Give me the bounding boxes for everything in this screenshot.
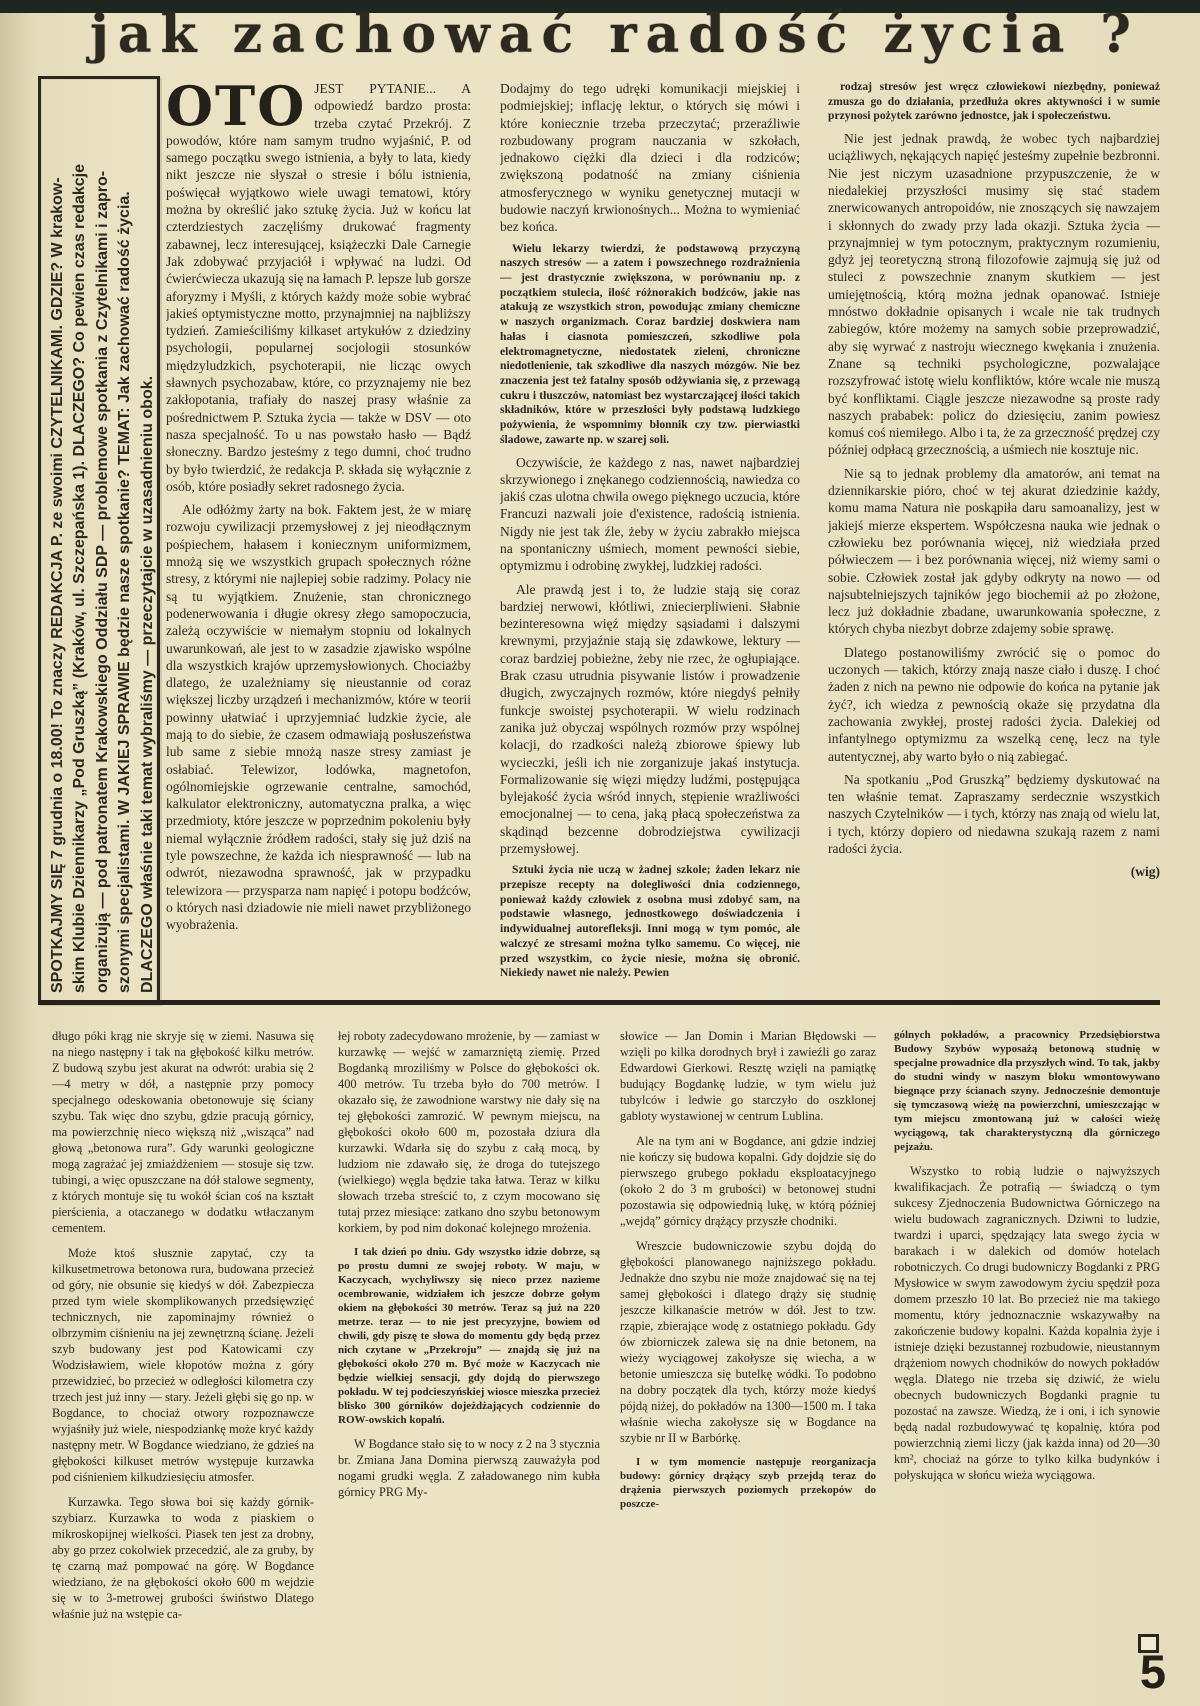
paragraph: OTOJEST PYTANIE... A odpowiedź bardzo pr… <box>166 80 471 495</box>
announcement-line: szonymi specjalistami. W JAKIEJ SPRAWIE … <box>114 81 136 993</box>
page-number: 5 <box>1108 1648 1166 1695</box>
mine-article-column-4: gólnych pokładów, a pracownicy Przedsięb… <box>894 1028 1160 1676</box>
paragraph-small-bold: Wielu lekarzy twierdzi, że podstawową pr… <box>500 242 800 448</box>
announcement-line: DLACZEGO właśnie taki temat wybraliśmy —… <box>137 81 159 993</box>
paragraph: Dodajmy do tego udręki komunikacji miejs… <box>500 80 800 236</box>
paragraph-small: gólnych pokładów, a pracownicy Przedsięb… <box>894 1028 1160 1154</box>
joy-article-column-2: Dodajmy do tego udręki komunikacji miejs… <box>500 80 800 1004</box>
paragraph: Nie jest jednak prawdą, że wobec tych na… <box>828 130 1160 459</box>
announcement-line: SPOTKAJMY SIĘ 7 grudnia o 18.00! To znac… <box>47 81 69 993</box>
paragraph: Wreszcie budowniczowie szybu dojdą do gł… <box>620 1238 876 1446</box>
paragraph-text: JEST PYTANIE... A odpowiedź bardzo prost… <box>166 81 471 494</box>
paragraph-small-bold: Sztuki życia nie uczą w żadnej szkole; ż… <box>500 863 800 981</box>
paragraph: Może ktoś słusznie zapytać, czy ta kilku… <box>52 1245 314 1485</box>
paragraph: Nie są to jednak problemy dla amatorów, … <box>828 465 1160 638</box>
newspaper-page: jak zachować radość życia ? SPOTKAJMY SI… <box>0 0 1200 1706</box>
joy-article-column-1: OTOJEST PYTANIE... A odpowiedź bardzo pr… <box>166 80 471 1004</box>
paragraph: łej roboty zadecydowano mrożenie, by — z… <box>338 1028 600 1236</box>
section-divider-rule <box>38 1000 1160 1005</box>
page-title: jak zachować radość życia ? <box>90 4 1110 65</box>
paragraph: Ale prawdą jest i to, że ludzie stają si… <box>500 581 800 858</box>
paragraph: Dlatego postanowiliśmy zwrócić się o pom… <box>828 644 1160 765</box>
paragraph: Ale odłóżmy żarty na bok. Faktem jest, ż… <box>166 501 471 933</box>
mine-article-column-3: słowice — Jan Domin i Marian Błędowski —… <box>620 1028 876 1676</box>
announcement-box: SPOTKAJMY SIĘ 7 grudnia o 18.00! To znac… <box>38 76 160 1004</box>
mine-article-column-2: łej roboty zadecydowano mrożenie, by — z… <box>338 1028 600 1676</box>
paragraph-small: I w tym momencie następuje reorganizacja… <box>620 1455 876 1511</box>
paragraph: długo póki krąg nie skryje się w ziemi. … <box>52 1028 314 1236</box>
paragraph: Na spotkaniu „Pod Gruszką” będziemy dysk… <box>828 771 1160 857</box>
author-signature: (wig) <box>828 863 1160 880</box>
paragraph: Oczywiście, że każdego z nas, nawet najb… <box>500 454 800 575</box>
mine-article-column-1: długo póki krąg nie skryje się w ziemi. … <box>52 1028 314 1676</box>
dropcap-oto: OTO <box>166 84 306 128</box>
paragraph: Wszystko to robią ludzie o najwyższych k… <box>894 1163 1160 1483</box>
announcement-rotated-text: SPOTKAJMY SIĘ 7 grudnia o 18.00! To znac… <box>47 81 159 993</box>
joy-article-column-3: rodzaj stresów jest wręcz człowiekowi ni… <box>828 80 1160 1004</box>
paragraph: W Bogdance stało się to w nocy z 2 na 3 … <box>338 1436 600 1500</box>
paragraph-small: I tak dzień po dniu. Gdy wszystko idzie … <box>338 1245 600 1427</box>
paragraph-small-bold: rodzaj stresów jest wręcz człowiekowi ni… <box>828 80 1160 124</box>
announcement-line: organizują — pod patronatem Krakowskiego… <box>92 81 114 993</box>
announcement-line: skim Klubie Dziennikarzy „Pod Gruszką” (… <box>69 81 91 993</box>
paragraph: słowice — Jan Domin i Marian Błędowski —… <box>620 1028 876 1124</box>
paragraph: Kurzawka. Tego słowa boi się każdy górni… <box>52 1494 314 1622</box>
paragraph: Ale na tym ani w Bogdance, ani gdzie ind… <box>620 1133 876 1229</box>
